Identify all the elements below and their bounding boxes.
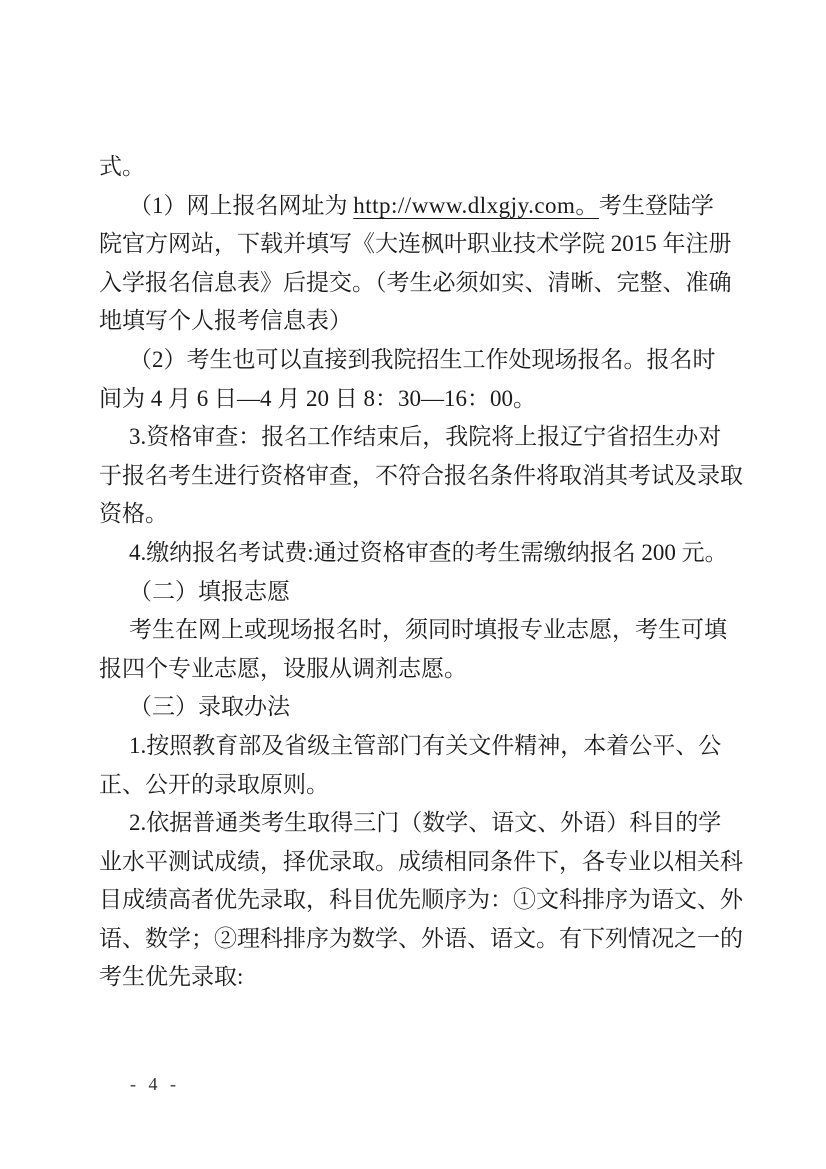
text-segment: 报四个专业志愿，设服从调剂志愿。 [99,656,467,681]
text-segment: 院官方网站，下载并填写《大连枫叶职业技术学院 2015 年注册 [99,231,732,256]
text-segment: 入学报名信息表》后提交。（考生必须如实、清晰、完整、准确 [99,270,732,295]
text-line: 资格。 [99,495,747,534]
text-segment: （二）填报志愿 [129,579,290,604]
text-line: （三）录取办法 [99,688,747,727]
text-segment: 资格。 [99,501,168,526]
text-line: 语、数学；②理科排序为数学、外语、语文。有下列情况之一的 [99,920,747,959]
text-segment: 于报名考生进行资格审查，不符合报名条件将取消其考试及录取 [99,463,743,488]
document-body: 式。（1）网上报名网址为 http://www.dlxgjy.com。考生登陆学… [99,148,747,997]
text-segment: 考生登陆学 [599,193,714,218]
text-line: 间为 4 月 6 日—4 月 20 日 8：30—16：00。 [99,380,747,419]
text-segment: 式。 [99,154,145,179]
text-line: 4.缴纳报名考试费:通过资格审查的考生需缴纳报名 200 元。 [99,534,747,573]
text-line: 2.依据普通类考生取得三门（数学、语文、外语）科目的学 [99,804,747,843]
text-segment: 正、公开的录取原则。 [99,772,329,797]
text-line: 于报名考生进行资格审查，不符合报名条件将取消其考试及录取 [99,457,747,496]
text-segment: （2）考生也可以直接到我院招生工作处现场报名。报名时 [129,347,716,372]
text-line: 考生在网上或现场报名时，须同时填报专业志愿，考生可填 [99,611,747,650]
text-segment: 考生在网上或现场报名时，须同时填报专业志愿，考生可填 [129,617,727,642]
page-number: - 4 - [130,1072,180,1096]
text-line: 入学报名信息表》后提交。（考生必须如实、清晰、完整、准确 [99,264,747,303]
text-line: （2）考生也可以直接到我院招生工作处现场报名。报名时 [99,341,747,380]
text-segment: 地填写个人报考信息表） [99,308,352,333]
text-line: （二）填报志愿 [99,573,747,612]
text-line: 正、公开的录取原则。 [99,766,747,805]
text-segment: 考生优先录取: [99,964,243,989]
document-page: 式。（1）网上报名网址为 http://www.dlxgjy.com。考生登陆学… [0,0,826,1169]
text-line: 报四个专业志愿，设服从调剂志愿。 [99,650,747,689]
text-segment: 间为 4 月 6 日—4 月 20 日 8：30—16：00。 [99,386,536,411]
url-link[interactable]: http://www.dlxgjy.com。 [353,193,599,218]
text-line: 考生优先录取: [99,958,747,997]
text-line: 1.按照教育部及省级主管部门有关文件精神，本着公平、公 [99,727,747,766]
text-segment: 2.依据普通类考生取得三门（数学、语文、外语）科目的学 [129,810,721,835]
text-line: 地填写个人报考信息表） [99,302,747,341]
text-segment: 目成绩高者优先录取，科目优先顺序为：①文科排序为语文、外 [99,887,743,912]
text-segment: （1）网上报名网址为 [129,193,353,218]
text-segment: 业水平测试成绩，择优录取。成绩相同条件下，各专业以相关科 [99,849,743,874]
text-line: 目成绩高者优先录取，科目优先顺序为：①文科排序为语文、外 [99,881,747,920]
text-segment: （三）录取办法 [129,694,290,719]
text-line: 式。 [99,148,747,187]
text-line: （1）网上报名网址为 http://www.dlxgjy.com。考生登陆学 [99,187,747,226]
text-segment: 4.缴纳报名考试费:通过资格审查的考生需缴纳报名 200 元。 [129,540,728,565]
text-line: 业水平测试成绩，择优录取。成绩相同条件下，各专业以相关科 [99,843,747,882]
text-segment: 3.资格审查：报名工作结束后，我院将上报辽宁省招生办对 [129,424,721,449]
text-line: 3.资格审查：报名工作结束后，我院将上报辽宁省招生办对 [99,418,747,457]
text-segment: 语、数学；②理科排序为数学、外语、语文。有下列情况之一的 [99,926,743,951]
text-line: 院官方网站，下载并填写《大连枫叶职业技术学院 2015 年注册 [99,225,747,264]
text-segment: 1.按照教育部及省级主管部门有关文件精神，本着公平、公 [129,733,721,758]
